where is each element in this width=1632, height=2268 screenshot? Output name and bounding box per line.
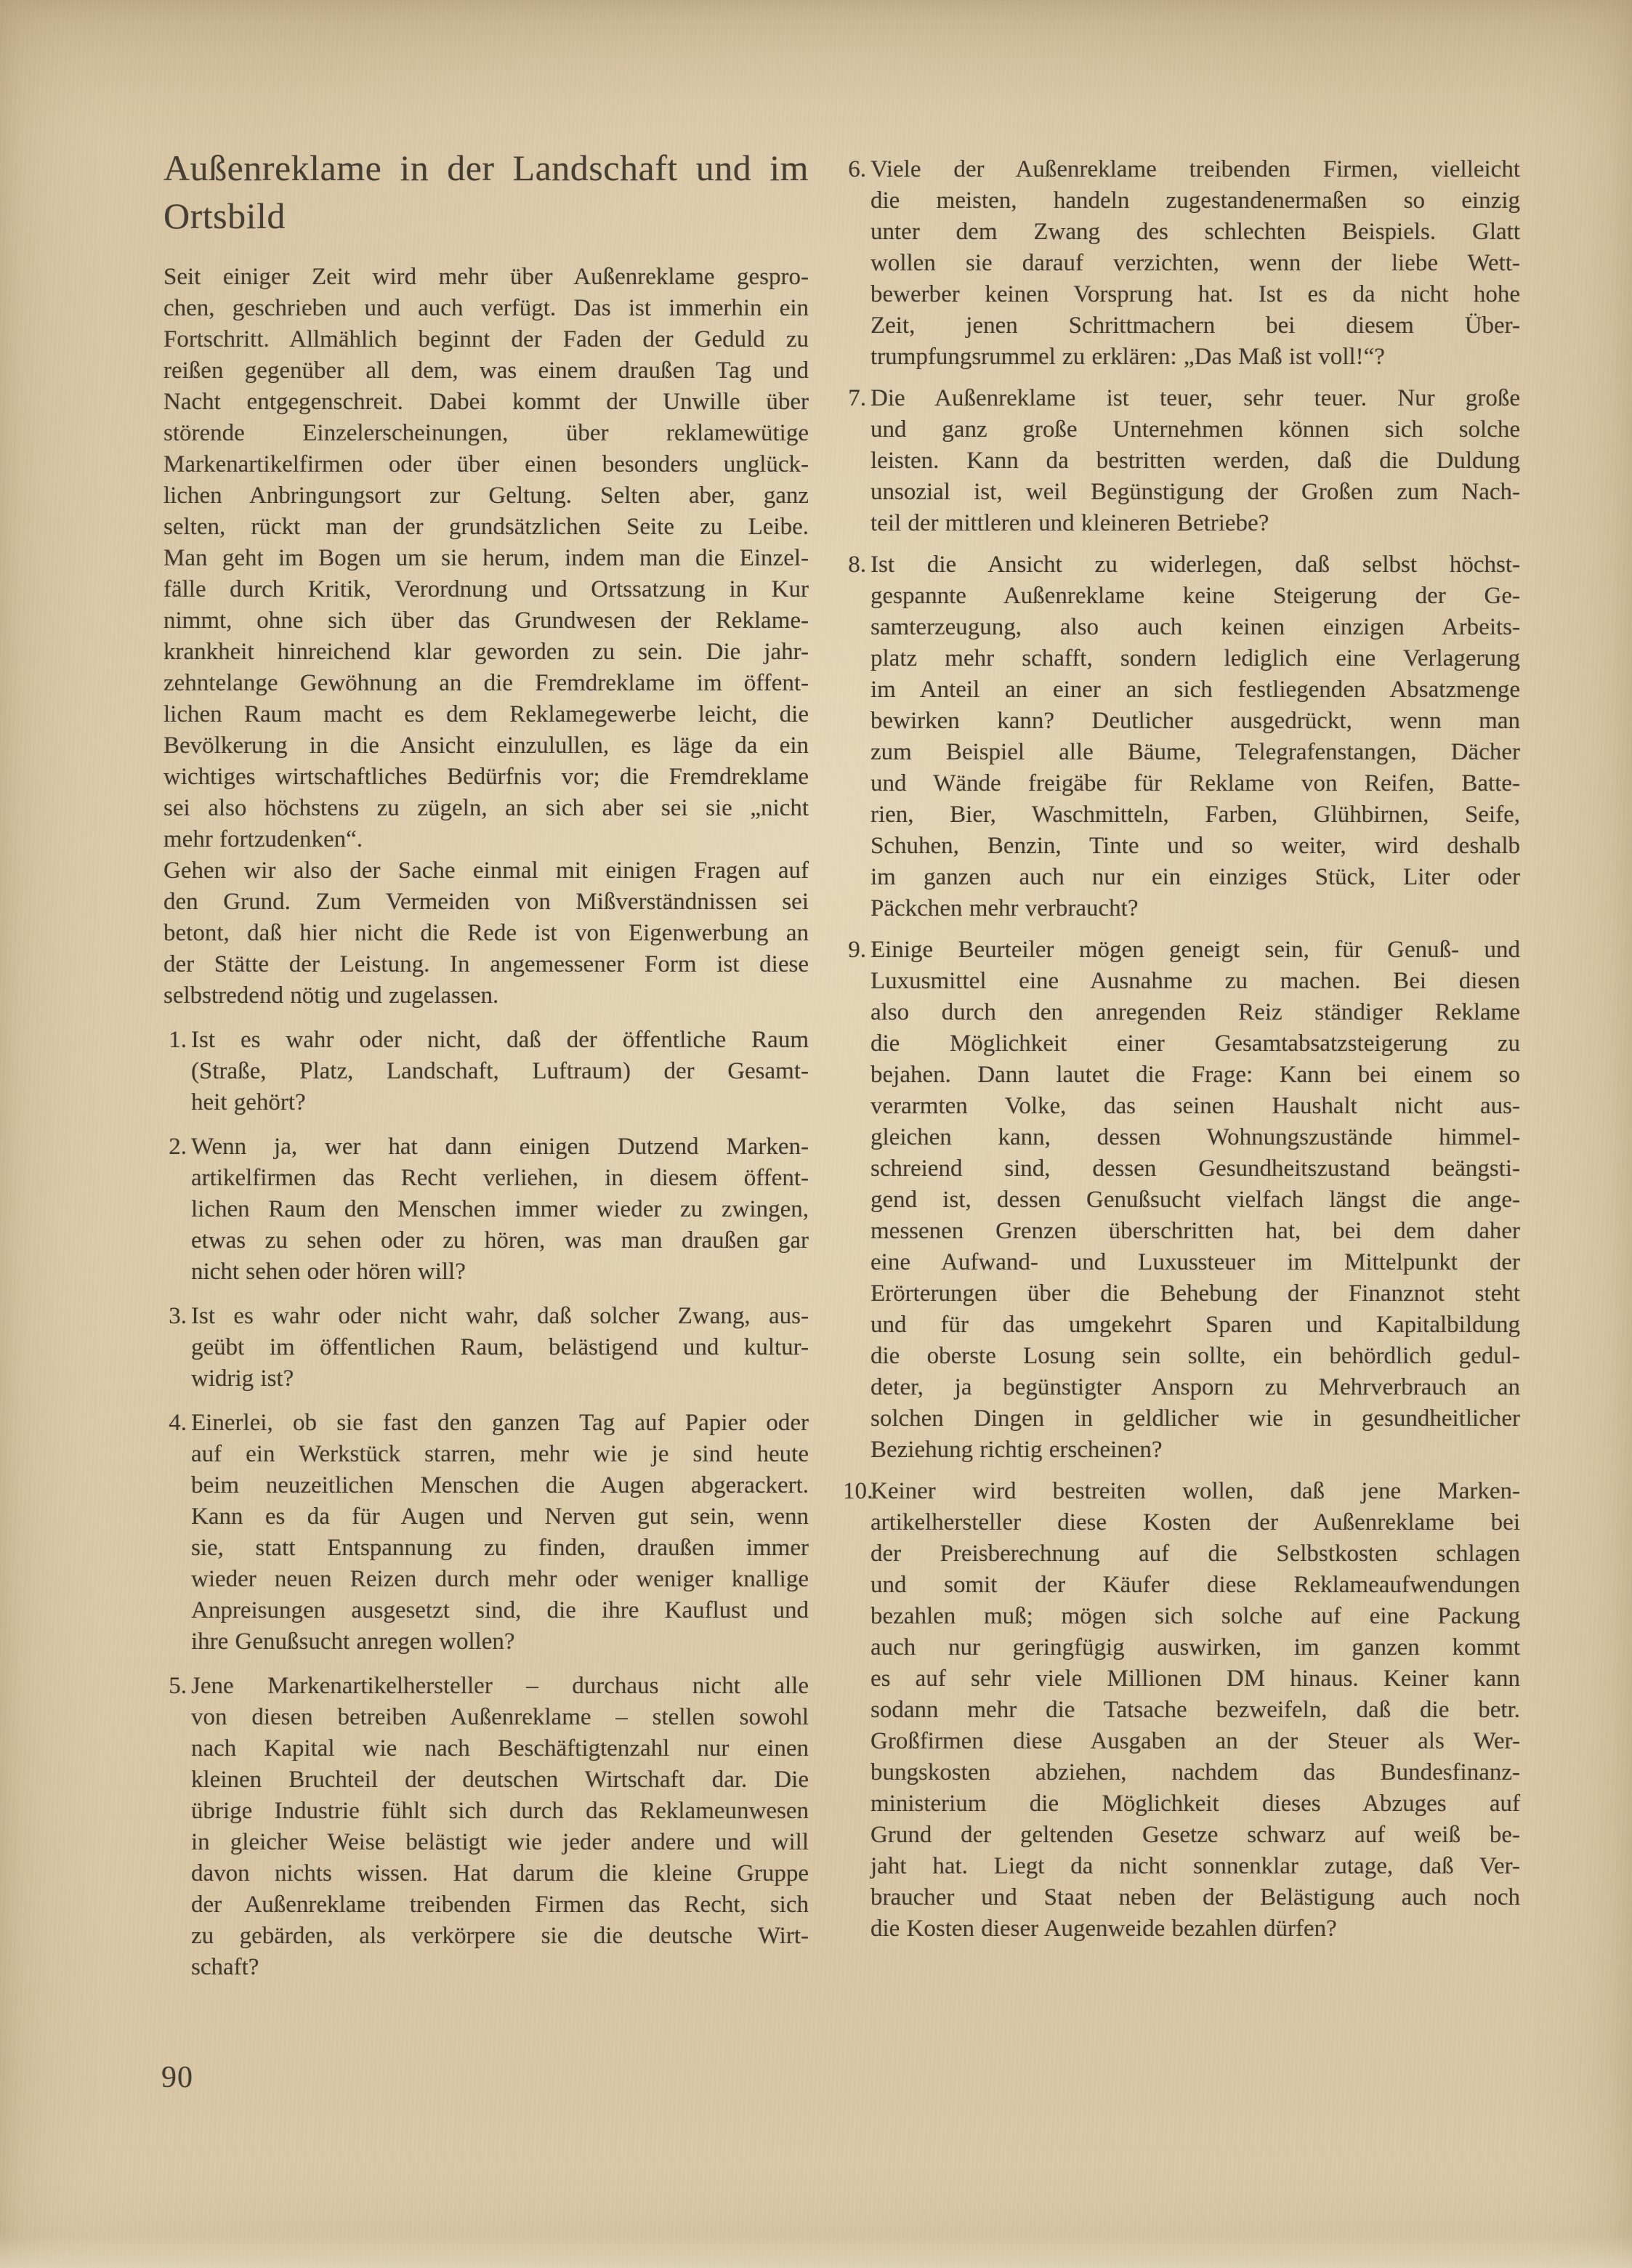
text-line: und Wände freigäbe für Reklame von Reife… bbox=[870, 768, 1520, 799]
text-line: (Straße, Platz, Landschaft, Luftraum) de… bbox=[191, 1056, 809, 1087]
text-line: unter dem Zwang des schlechten Beispiels… bbox=[870, 217, 1520, 248]
text-line: Luxusmittel eine Ausnahme zu machen. Bei… bbox=[870, 966, 1520, 997]
question-item: 7.Die Außenreklame ist teuer, sehr teuer… bbox=[843, 383, 1520, 539]
intro-paragraph: Gehen wir also der Sache einmal mit eini… bbox=[163, 855, 809, 1012]
text-line: chen, geschrieben und auch verfügt. Das … bbox=[163, 293, 809, 324]
text-line: betont, daß hier nicht die Rede ist von … bbox=[163, 918, 809, 949]
question-item: 8.Ist die Ansicht zu widerlegen, daß sel… bbox=[843, 549, 1520, 924]
text-line: etwas zu sehen oder zu hören, was man dr… bbox=[191, 1225, 809, 1256]
question-item: 4.Einerlei, ob sie fast den ganzen Tag a… bbox=[163, 1408, 809, 1658]
text-line: widrig ist? bbox=[191, 1363, 809, 1395]
text-line: Einige Beurteiler mögen geneigt sein, fü… bbox=[870, 935, 1520, 966]
text-line: jaht hat. Liegt da nicht sonnenklar zuta… bbox=[870, 1851, 1520, 1882]
question-item: 6.Viele der Außenreklame treibenden Firm… bbox=[843, 154, 1520, 373]
text-line: den Grund. Zum Vermeiden von Mißverständ… bbox=[163, 887, 809, 918]
text-line: in gleicher Weise belästigt wie jeder an… bbox=[191, 1827, 809, 1858]
question-number: 2. bbox=[163, 1131, 187, 1163]
text-line: die oberste Losung sein sollte, ein behö… bbox=[870, 1341, 1520, 1372]
text-line: gend ist, dessen Genußsucht vielfach län… bbox=[870, 1185, 1520, 1216]
text-line: Jene Markenartikelhersteller – durchaus … bbox=[191, 1671, 809, 1702]
intro-section: Seit einiger Zeit wird mehr über Außenre… bbox=[163, 262, 809, 1012]
text-line: Wenn ja, wer hat dann einigen Dutzend Ma… bbox=[191, 1131, 809, 1163]
text-line: beim neuzeitlichen Menschen die Augen ab… bbox=[191, 1470, 809, 1501]
text-line: bungskosten abziehen, nachdem das Bundes… bbox=[870, 1757, 1520, 1788]
text-line: also durch den anregenden Reiz ständiger… bbox=[870, 997, 1520, 1028]
text-line: sodann mehr die Tatsache bezweifeln, daß… bbox=[870, 1695, 1520, 1726]
text-line: trumpfungsrummel zu erklären: „Das Maß i… bbox=[870, 342, 1520, 373]
text-line: geübt im öffentlichen Raum, belästigend … bbox=[191, 1332, 809, 1363]
text-line: im Anteil an einer an sich festliegenden… bbox=[870, 674, 1520, 706]
text-line: gleichen kann, dessen Wohnungszustände h… bbox=[870, 1122, 1520, 1153]
text-line: deter, ja begünstigter Ansporn zu Mehrve… bbox=[870, 1372, 1520, 1403]
text-line: Außenreklame in der Landschaft und im bbox=[163, 144, 809, 192]
text-line: und somit der Käufer diese Reklameaufwen… bbox=[870, 1570, 1520, 1601]
text-line: es auf sehr viele Millionen DM hinaus. K… bbox=[870, 1663, 1520, 1695]
text-line: selten, rückt man der grundsätzlichen Se… bbox=[163, 512, 809, 543]
text-line: artikelhersteller diese Kosten der Außen… bbox=[870, 1507, 1520, 1538]
question-text: Wenn ja, wer hat dann einigen Dutzend Ma… bbox=[191, 1131, 809, 1288]
text-line: gespannte Außenreklame keine Steigerung … bbox=[870, 581, 1520, 612]
text-line: im ganzen auch nur ein einziges Stück, L… bbox=[870, 862, 1520, 893]
page-number: 90 bbox=[161, 2062, 193, 2093]
question-item: 9.Einige Beurteiler mögen geneigt sein, … bbox=[843, 935, 1520, 1466]
question-text: Ist die Ansicht zu widerlegen, daß selbs… bbox=[870, 549, 1520, 924]
question-list-left: 1.Ist es wahr oder nicht, daß der öffent… bbox=[163, 1025, 809, 1983]
right-column: 6.Viele der Außenreklame treibenden Firm… bbox=[843, 144, 1520, 1945]
text-line: leisten. Kann da bestritten werden, daß … bbox=[870, 445, 1520, 477]
text-line: und für das umgekehrt Sparen und Kapital… bbox=[870, 1309, 1520, 1341]
question-item: 2.Wenn ja, wer hat dann einigen Dutzend … bbox=[163, 1131, 809, 1288]
text-line: Viele der Außenreklame treibenden Firmen… bbox=[870, 154, 1520, 185]
text-line: zehntelange Gewöhnung an die Fremdreklam… bbox=[163, 668, 809, 699]
text-line: Die Außenreklame ist teuer, sehr teuer. … bbox=[870, 383, 1520, 414]
question-number: 6. bbox=[843, 154, 866, 185]
question-item: 3.Ist es wahr oder nicht wahr, daß solch… bbox=[163, 1301, 809, 1395]
text-line: Seit einiger Zeit wird mehr über Außenre… bbox=[163, 262, 809, 293]
question-text: Ist es wahr oder nicht wahr, daß solcher… bbox=[191, 1301, 809, 1395]
text-line: auch nur geringfügig auswirken, im ganze… bbox=[870, 1632, 1520, 1663]
question-number: 4. bbox=[163, 1408, 187, 1439]
text-line: selbstredend nötig und zugelassen. bbox=[163, 980, 809, 1012]
text-line: reißen gegenüber all dem, was einem drau… bbox=[163, 355, 809, 387]
question-text: Jene Markenartikelhersteller – durchaus … bbox=[191, 1671, 809, 1983]
left-column: Außenreklame in der Landschaft und imOrt… bbox=[163, 144, 809, 1983]
text-line: Bevölkerung in die Ansicht einzulullen, … bbox=[163, 730, 809, 762]
text-line: lichen Raum macht es dem Reklamegewerbe … bbox=[163, 699, 809, 730]
text-line: Fortschritt. Allmählich beginnt der Fade… bbox=[163, 324, 809, 355]
text-line: Nacht entgegenschreit. Dabei kommt der U… bbox=[163, 387, 809, 418]
text-line: Markenartikelfirmen oder über einen beso… bbox=[163, 449, 809, 480]
text-line: Zeit, jenen Schrittmachern bei diesem Üb… bbox=[870, 310, 1520, 342]
text-line: fälle durch Kritik, Verordnung und Ortss… bbox=[163, 574, 809, 605]
question-text: Die Außenreklame ist teuer, sehr teuer. … bbox=[870, 383, 1520, 539]
text-line: lichen Anbringungsort zur Geltung. Selte… bbox=[163, 480, 809, 512]
text-line: Ortsbild bbox=[163, 192, 809, 240]
text-line: Grund der geltenden Gesetze schwarz auf … bbox=[870, 1820, 1520, 1851]
text-line: artikelfirmen das Recht verliehen, in di… bbox=[191, 1163, 809, 1194]
text-line: teil der mittleren und kleineren Betrieb… bbox=[870, 508, 1520, 539]
question-number: 7. bbox=[843, 383, 866, 414]
text-line: lichen Raum den Menschen immer wieder zu… bbox=[191, 1194, 809, 1225]
text-line: Päckchen mehr verbraucht? bbox=[870, 893, 1520, 924]
text-line: unsozial ist, weil Begünstigung der Groß… bbox=[870, 477, 1520, 508]
text-line: Kann es da für Augen und Nerven gut sein… bbox=[191, 1501, 809, 1533]
question-number: 10. bbox=[843, 1476, 866, 1507]
question-list-right: 6.Viele der Außenreklame treibenden Firm… bbox=[843, 154, 1520, 1945]
text-line: Schuhen, Benzin, Tinte und so weiter, wi… bbox=[870, 831, 1520, 862]
text-line: mehr fortzudenken“. bbox=[163, 824, 809, 855]
text-line: kleinen Bruchteil der deutschen Wirtscha… bbox=[191, 1764, 809, 1796]
text-line: eine Aufwand- und Luxussteuer im Mittelp… bbox=[870, 1247, 1520, 1278]
text-line: Einerlei, ob sie fast den ganzen Tag auf… bbox=[191, 1408, 809, 1439]
text-line: störende Einzelerscheinungen, über rekla… bbox=[163, 418, 809, 449]
text-line: platz mehr schafft, sondern lediglich ei… bbox=[870, 643, 1520, 674]
text-line: nach Kapital wie nach Beschäftigtenzahl … bbox=[191, 1733, 809, 1764]
text-line: krankheit hinreichend klar geworden zu s… bbox=[163, 637, 809, 668]
text-line: rien, Bier, Waschmitteln, Farben, Glühbi… bbox=[870, 799, 1520, 831]
text-line: bejahen. Dann lautet die Frage: Kann bei… bbox=[870, 1060, 1520, 1091]
text-line: die Kosten dieser Augenweide bezahlen dü… bbox=[870, 1913, 1520, 1945]
text-line: messenen Grenzen überschritten hat, bei … bbox=[870, 1216, 1520, 1247]
question-number: 8. bbox=[843, 549, 866, 581]
text-line: Ist es wahr oder nicht, daß der öffentli… bbox=[191, 1025, 809, 1056]
text-line: Beziehung richtig erscheinen? bbox=[870, 1434, 1520, 1466]
question-number: 9. bbox=[843, 935, 866, 966]
text-line: davon nichts wissen. Hat darum die klein… bbox=[191, 1858, 809, 1889]
question-text: Keiner wird bestreiten wollen, daß jene … bbox=[870, 1476, 1520, 1945]
text-line: Ist die Ansicht zu widerlegen, daß selbs… bbox=[870, 549, 1520, 581]
text-line: ministerium die Möglichkeit dieses Abzug… bbox=[870, 1788, 1520, 1820]
question-item: 10.Keiner wird bestreiten wollen, daß je… bbox=[843, 1476, 1520, 1945]
text-line: Erörterungen über die Behebung der Finan… bbox=[870, 1278, 1520, 1309]
text-line: die Möglichkeit einer Gesamtabsatzsteige… bbox=[870, 1028, 1520, 1060]
text-line: nimmt, ohne sich über das Grundwesen der… bbox=[163, 605, 809, 637]
text-line: und ganz große Unternehmen können sich s… bbox=[870, 414, 1520, 445]
question-number: 3. bbox=[163, 1301, 187, 1332]
question-number: 5. bbox=[163, 1671, 187, 1702]
text-line: heit gehört? bbox=[191, 1087, 809, 1118]
text-line: Man geht im Bogen um sie herum, indem ma… bbox=[163, 543, 809, 574]
question-number: 1. bbox=[163, 1025, 187, 1056]
text-line: wollen sie darauf verzichten, wenn der l… bbox=[870, 248, 1520, 279]
text-line: bewirken kann? Deutlicher ausgedrückt, w… bbox=[870, 706, 1520, 737]
question-item: 5.Jene Markenartikelhersteller – durchau… bbox=[163, 1671, 809, 1983]
question-item: 1.Ist es wahr oder nicht, daß der öffent… bbox=[163, 1025, 809, 1118]
text-line: der Preisberechnung auf die Selbstkosten… bbox=[870, 1538, 1520, 1570]
text-line: Anpreisungen ausgesetzt sind, die ihre K… bbox=[191, 1595, 809, 1626]
text-line: zum Beispiel alle Bäume, Telegrafenstang… bbox=[870, 737, 1520, 768]
text-line: wieder neuen Reizen durch mehr oder weni… bbox=[191, 1564, 809, 1595]
text-line: übrige Industrie fühlt sich durch das Re… bbox=[191, 1796, 809, 1827]
question-text: Viele der Außenreklame treibenden Firmen… bbox=[870, 154, 1520, 373]
text-line: braucher und Staat neben der Belästigung… bbox=[870, 1882, 1520, 1913]
question-text: Einerlei, ob sie fast den ganzen Tag auf… bbox=[191, 1408, 809, 1658]
text-line: samterzeugung, also auch keinen einzigen… bbox=[870, 612, 1520, 643]
question-text: Ist es wahr oder nicht, daß der öffentli… bbox=[191, 1025, 809, 1118]
text-line: der Stätte der Leistung. In angemessener… bbox=[163, 949, 809, 980]
text-line: Ist es wahr oder nicht wahr, daß solcher… bbox=[191, 1301, 809, 1332]
text-line: sie, statt Entspannung zu finden, drauße… bbox=[191, 1533, 809, 1564]
text-line: bezahlen muß; mögen sich solche auf eine… bbox=[870, 1601, 1520, 1632]
text-line: Keiner wird bestreiten wollen, daß jene … bbox=[870, 1476, 1520, 1507]
text-line: schreiend sind, dessen Gesundheitszustan… bbox=[870, 1153, 1520, 1185]
article-title: Außenreklame in der Landschaft und imOrt… bbox=[163, 144, 809, 240]
text-line: sei also höchstens zu zügeln, an sich ab… bbox=[163, 793, 809, 824]
text-line: ihre Genußsucht anregen wollen? bbox=[191, 1626, 809, 1658]
text-line: nicht sehen oder hören will? bbox=[191, 1256, 809, 1288]
intro-paragraph: Seit einiger Zeit wird mehr über Außenre… bbox=[163, 262, 809, 855]
text-line: verarmten Volke, das seinen Haushalt nic… bbox=[870, 1091, 1520, 1122]
text-line: solchen Dingen in geldlicher wie in gesu… bbox=[870, 1403, 1520, 1434]
scanned-book-page: Außenreklame in der Landschaft und imOrt… bbox=[0, 0, 1632, 2268]
text-line: schaft? bbox=[191, 1952, 809, 1983]
question-text: Einige Beurteiler mögen geneigt sein, fü… bbox=[870, 935, 1520, 1466]
text-line: der Außenreklame treibenden Firmen das R… bbox=[191, 1889, 809, 1921]
text-line: auf ein Werkstück starren, mehr wie je s… bbox=[191, 1439, 809, 1470]
text-line: Gehen wir also der Sache einmal mit eini… bbox=[163, 855, 809, 887]
text-line: Großfirmen diese Ausgaben an der Steuer … bbox=[870, 1726, 1520, 1757]
text-line: bewerber keinen Vorsprung hat. Ist es da… bbox=[870, 279, 1520, 310]
text-line: wichtiges wirtschaftliches Bedürfnis vor… bbox=[163, 762, 809, 793]
text-line: von diesen betreiben Außenreklame – stel… bbox=[191, 1702, 809, 1733]
text-line: die meisten, handeln zugestandenermaßen … bbox=[870, 185, 1520, 217]
text-line: zu gebärden, als verkörpere sie die deut… bbox=[191, 1921, 809, 1952]
